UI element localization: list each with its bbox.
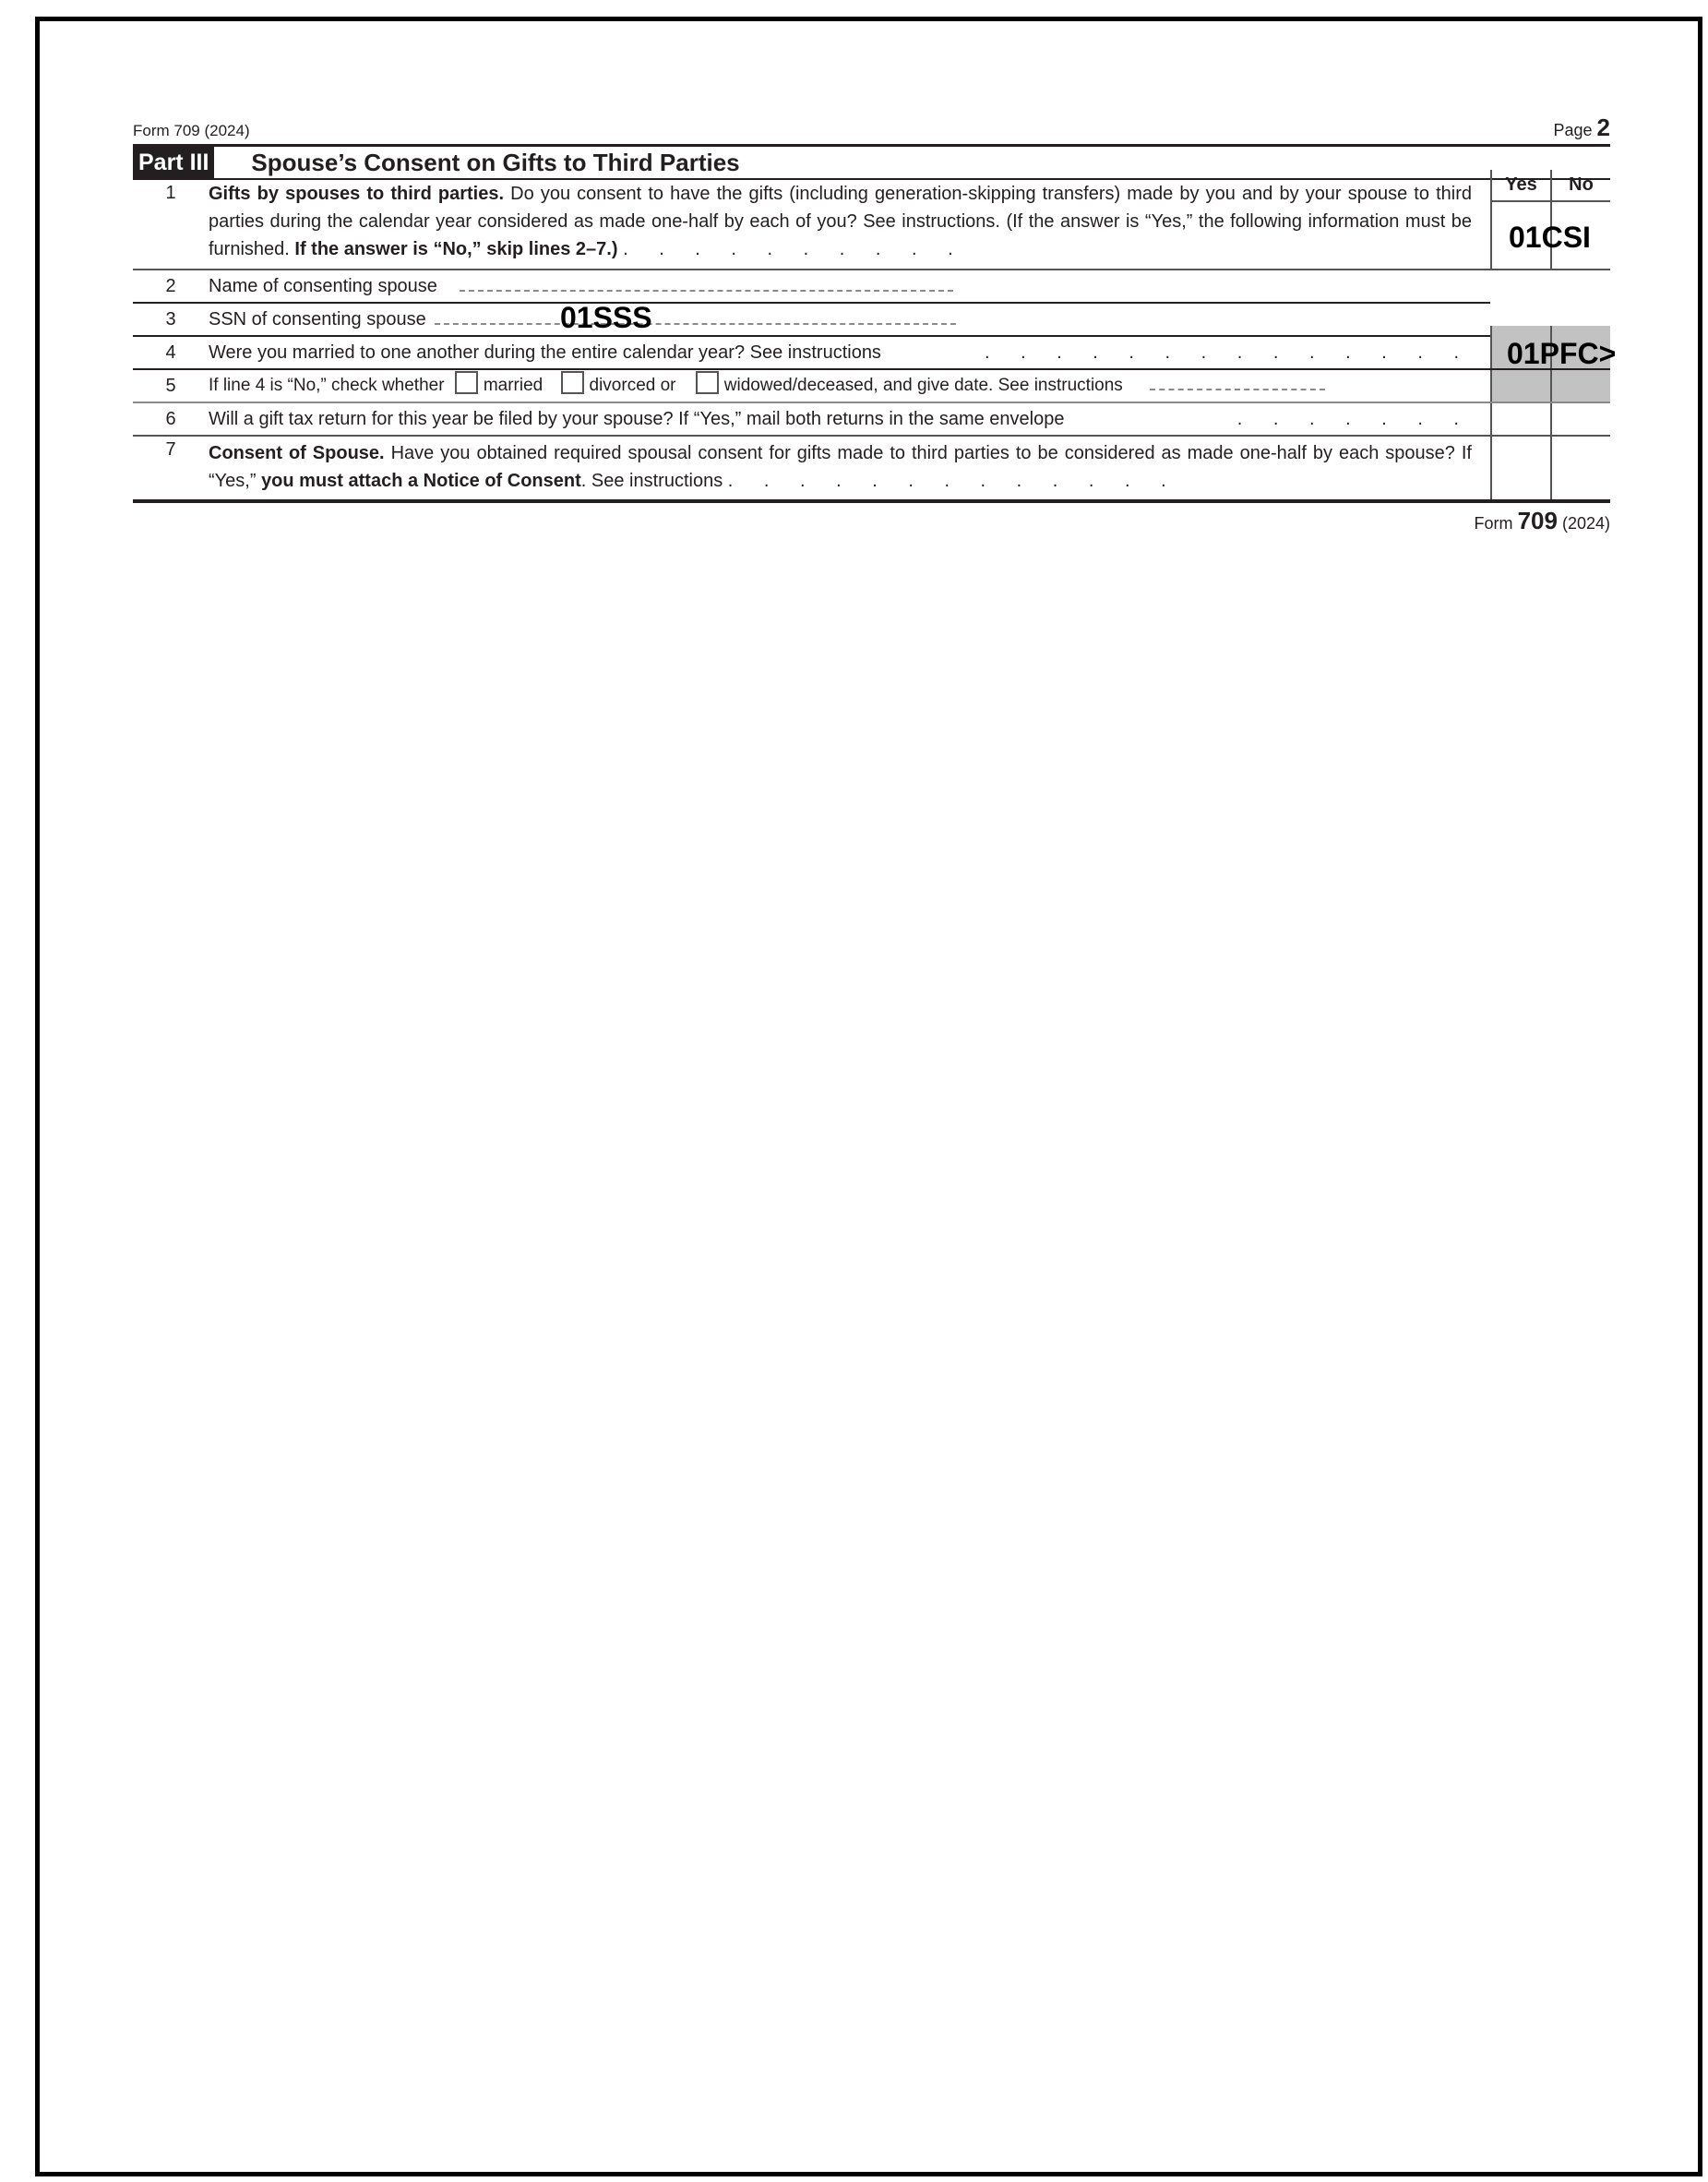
page-number: 2 bbox=[1597, 114, 1610, 141]
footer-prefix: Form bbox=[1475, 514, 1513, 533]
line-number: 5 bbox=[133, 370, 209, 402]
line-4-text: Were you married to one another during t… bbox=[209, 337, 1490, 368]
line-number: 3 bbox=[133, 304, 209, 335]
footer-year: (2024) bbox=[1562, 514, 1610, 533]
line-3-label: SSN of consenting spouse bbox=[209, 309, 426, 330]
line-5-label: If line 4 is “No,” check whether bbox=[209, 376, 445, 395]
line-5: 5 If line 4 is “No,” check whether marri… bbox=[133, 370, 1610, 403]
widowed-option-label: widowed/deceased, and give date. See ins… bbox=[724, 376, 1123, 395]
line-1-text: Gifts by spouses to third parties. Do yo… bbox=[209, 180, 1490, 269]
leader-dots: . . . . . . . . . . bbox=[623, 239, 966, 259]
part-header: Part III Spouse’s Consent on Gifts to Th… bbox=[133, 144, 1610, 180]
line-2: 2 Name of consenting spouse bbox=[133, 270, 1490, 304]
line-7: 7 Consent of Spouse. Have you obtained r… bbox=[133, 437, 1610, 503]
line-1-field-code: 01CSI bbox=[1509, 221, 1591, 255]
line-number: 4 bbox=[133, 337, 209, 368]
footer-form-number: 709 bbox=[1518, 507, 1558, 534]
yes-no-header: Yes No bbox=[1490, 170, 1610, 202]
page-indicator: Page 2 bbox=[1553, 114, 1610, 142]
line-6-text: Will a gift tax return for this year be … bbox=[209, 403, 1490, 435]
line-number: 6 bbox=[133, 403, 209, 435]
part-label: Part III bbox=[133, 147, 214, 178]
no-header: No bbox=[1550, 170, 1610, 200]
line-7-bold-mid: you must attach a Notice of Consent bbox=[261, 471, 581, 491]
spouse-name-input[interactable] bbox=[460, 273, 953, 292]
part-title: Spouse’s Consent on Gifts to Third Parti… bbox=[251, 149, 739, 177]
divorced-checkbox[interactable] bbox=[561, 371, 584, 394]
line-number: 2 bbox=[133, 270, 209, 302]
divorced-option-label: divorced or bbox=[590, 376, 676, 395]
line-1: 1 Gifts by spouses to third parties. Do … bbox=[133, 180, 1610, 270]
form-topline: Form 709 (2024) Page 2 bbox=[133, 113, 1610, 144]
line-4: 4 Were you married to one another during… bbox=[133, 337, 1610, 370]
line-6-no-box[interactable] bbox=[1550, 403, 1610, 435]
yes-no-column: Yes No 01CSI bbox=[1490, 180, 1610, 269]
line-number: 7 bbox=[133, 437, 209, 499]
widowed-checkbox[interactable] bbox=[696, 371, 719, 394]
form-page: Form 709 (2024) Page 2 Part III Spouse’s… bbox=[133, 113, 1610, 535]
line-4-field-code: 01PFC> bbox=[1507, 337, 1616, 371]
page-label: Page bbox=[1553, 121, 1592, 139]
line-7-no-box[interactable] bbox=[1550, 437, 1610, 499]
line-1-answers: 01CSI bbox=[1490, 202, 1610, 269]
form-id: Form 709 (2024) bbox=[133, 122, 250, 140]
line-4-label: Were you married to one another during t… bbox=[209, 337, 881, 368]
line-2-label: Name of consenting spouse bbox=[209, 276, 437, 296]
leader-dots: . . . . . . . bbox=[1237, 403, 1472, 435]
line-7-yes-box[interactable] bbox=[1490, 437, 1550, 499]
line-3: 3 SSN of consenting spouse 01SSS bbox=[133, 304, 1490, 337]
line-2-text: Name of consenting spouse bbox=[209, 270, 1490, 302]
line-7-bold-lead: Consent of Spouse. bbox=[209, 443, 385, 463]
line-5-yes-shade bbox=[1490, 370, 1550, 402]
line-1-bold-tail: If the answer is “No,” skip lines 2–7.) bbox=[294, 239, 617, 259]
line-7-tail: . See instructions bbox=[581, 471, 723, 491]
line-number: 1 bbox=[133, 180, 209, 269]
married-option-label: married bbox=[484, 376, 543, 395]
line-6: 6 Will a gift tax return for this year b… bbox=[133, 403, 1610, 437]
line-6-label: Will a gift tax return for this year be … bbox=[209, 403, 1065, 435]
leader-dots: . . . . . . . . . . . . . bbox=[728, 471, 1179, 491]
line-1-bold-lead: Gifts by spouses to third parties. bbox=[209, 184, 504, 204]
leader-dots: . . . . . . . . . . . . . . bbox=[985, 337, 1472, 368]
line-5-text: If line 4 is “No,” check whether married… bbox=[209, 370, 1490, 402]
date-input[interactable] bbox=[1150, 372, 1325, 390]
spouse-ssn-input[interactable] bbox=[435, 306, 956, 325]
line-6-yes-box[interactable] bbox=[1490, 403, 1550, 435]
married-checkbox[interactable] bbox=[455, 371, 478, 394]
form-footer: Form 709 (2024) bbox=[133, 507, 1610, 535]
line-7-text: Consent of Spouse. Have you obtained req… bbox=[209, 437, 1490, 499]
line-5-no-shade bbox=[1550, 370, 1610, 402]
yes-header: Yes bbox=[1490, 170, 1550, 200]
line-3-text: SSN of consenting spouse 01SSS bbox=[209, 304, 1490, 335]
spouse-ssn-value: 01SSS bbox=[560, 302, 652, 333]
